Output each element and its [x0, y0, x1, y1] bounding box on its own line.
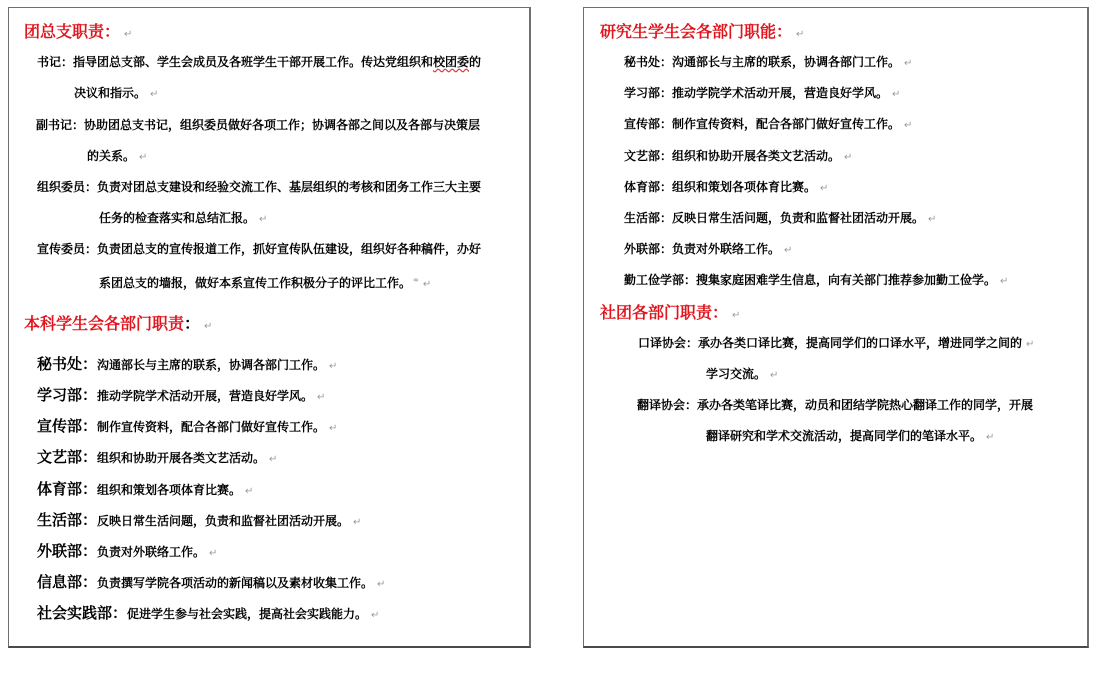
dept-secretariat: 秘书处：沟通部长与主席的联系，协调各部门工作。↵ [37, 356, 337, 375]
duty-deputy-secretary-cont: 的关系。↵ [87, 148, 147, 166]
club-text: 承办各类笔译比赛，动员和团结学院热心翻译工作的同学，开展 [697, 398, 1033, 412]
paragraph-mark-icon: ↵ [329, 361, 337, 372]
dept-label: 生活部： [37, 511, 97, 529]
paragraph-mark-icon: ↵ [150, 89, 158, 100]
paragraph-mark-icon: ↵ [928, 214, 936, 225]
duty-deputy-secretary: 副书记：协助团总支书记，组织委员做好各项工作；协调各部之间以及各部与决策层 [36, 117, 480, 133]
dept-text: 搜集家庭困难学生信息，向有关部门推荐参加勤工俭学。 [696, 273, 996, 287]
dept-label: 秘书处： [37, 355, 97, 373]
club-text: 学习交流。 [706, 367, 766, 381]
dept-text: 组织和协助开展各类文艺活动。 [97, 451, 265, 465]
duty-organization-member-cont: 任务的检查落实和总结汇报。↵ [99, 210, 267, 228]
dept-text: 反映日常生活问题，负责和监督社团活动开展。 [672, 211, 924, 225]
paragraph-mark-icon: ↵ [986, 432, 994, 443]
paragraph-mark-icon: ↵ [784, 245, 792, 256]
duty-label: 组织委员： [37, 180, 97, 194]
dept-text: 反映日常生活问题，负责和监督社团活动开展。 [97, 514, 349, 528]
duty-text: 负责对团总支建设和经验交流工作、基层组织的考核和团务工作三大主要 [97, 180, 481, 194]
duty-text: 系团总支的墙报，做好本系宣传工作积极分子的评比工作。 [99, 276, 411, 290]
duty-text: 的关系。 [87, 149, 135, 163]
paragraph-mark-icon: ↵ [204, 321, 212, 332]
dept-text: 组织和协助开展各类文艺活动。 [672, 149, 840, 163]
dept-label: 秘书处： [624, 55, 672, 69]
dept-label: 学习部： [37, 386, 97, 404]
paragraph-mark-icon: ↵ [844, 152, 852, 163]
duty-label: 书记： [37, 55, 73, 69]
dept-text: 制作宣传资料，配合各部门做好宣传工作。 [672, 117, 900, 131]
dept-label: 生活部： [624, 211, 672, 225]
grad-dept-study: 学习部：推动学院学术活动开展，营造良好学风。↵ [624, 85, 900, 103]
duty-label: 宣传委员： [37, 242, 97, 256]
club-text: 翻译研究和学术交流活动，提高同学们的笔译水平。 [706, 429, 982, 443]
duty-publicity-member-cont: 系团总支的墙报，做好本系宣传工作积极分子的评比工作。∞↵ [99, 272, 431, 293]
dept-label: 社会实践部： [37, 604, 127, 622]
paragraph-mark-icon: ↵ [1026, 339, 1034, 350]
paragraph-mark-icon: ↵ [259, 214, 267, 225]
dept-text: 组织和策划各项体育比赛。 [97, 483, 241, 497]
heading-text: 本科学生会各部门职责 [24, 314, 184, 333]
paragraph-mark-icon: ↵ [1000, 276, 1008, 287]
spellcheck-underlined-text: 校团委 [433, 55, 469, 69]
dept-text: 制作宣传资料，配合各部门做好宣传工作。 [97, 420, 325, 434]
right-document-page: 研究生学生会各部门职能：↵ 秘书处：沟通部长与主席的联系，协调各部门工作。↵ 学… [583, 7, 1089, 648]
dept-social-practice: 社会实践部：促进学生参与社会实践，提高社会实践能力。↵ [37, 605, 379, 624]
heading-youth-league-duties: 团总支职责：↵ [24, 22, 132, 45]
grad-dept-external: 外联部：负责对外联络工作。↵ [624, 241, 792, 259]
heading-text: 社团各部门职责： [600, 303, 728, 322]
grad-dept-sports: 体育部：组织和策划各项体育比赛。↵ [624, 179, 828, 197]
dept-life: 生活部：反映日常生活问题，负责和监督社团活动开展。↵ [37, 512, 361, 531]
dept-label: 体育部： [624, 180, 672, 194]
paragraph-mark-icon: ↵ [770, 370, 778, 381]
paragraph-mark-icon: ↵ [377, 579, 385, 590]
dept-text: 负责对外联络工作。 [672, 242, 780, 256]
dept-label: 文艺部： [37, 448, 97, 466]
anchor-mark-icon: ∞ [413, 276, 419, 284]
club-text: 承办各类口译比赛，提高同学们的口译水平，增进同学之间的 [698, 336, 1022, 350]
dept-text: 推动学院学术活动开展，营造良好学风。 [672, 86, 888, 100]
dept-label: 宣传部： [37, 417, 97, 435]
dept-label: 体育部： [37, 480, 97, 498]
heading-club-duties: 社团各部门职责：↵ [600, 303, 740, 326]
dept-arts: 文艺部：组织和协助开展各类文艺活动。↵ [37, 449, 277, 468]
grad-dept-life: 生活部：反映日常生活问题，负责和监督社团活动开展。↵ [624, 210, 936, 228]
heading-grad-union-functions: 研究生学生会各部门职能：↵ [600, 22, 804, 45]
dept-publicity: 宣传部：制作宣传资料，配合各部门做好宣传工作。↵ [37, 418, 337, 437]
club-interpretation-cont: 学习交流。↵ [706, 366, 778, 384]
dept-label: 信息部： [37, 573, 97, 591]
duty-secretary: 书记：指导团总支部、学生会成员及各班学生干部开展工作。传达党组织和校团委的 [37, 54, 481, 70]
duty-text: 任务的检查落实和总结汇报。 [99, 211, 255, 225]
dept-external: 外联部：负责对外联络工作。↵ [37, 543, 217, 562]
paragraph-mark-icon: ↵ [353, 517, 361, 528]
paragraph-mark-icon: ↵ [317, 392, 325, 403]
duty-text: 协助团总支书记，组织委员做好各项工作；协调各部之间以及各部与决策层 [84, 118, 480, 132]
dept-label: 学习部： [624, 86, 672, 100]
paragraph-mark-icon: ↵ [732, 310, 740, 321]
grad-dept-work-study: 勤工俭学部：搜集家庭困难学生信息，向有关部门推荐参加勤工俭学。↵ [624, 272, 1008, 290]
paragraph-mark-icon: ↵ [329, 423, 337, 434]
heading-text: 团总支职责： [24, 22, 120, 41]
paragraph-mark-icon: ↵ [796, 29, 804, 40]
duty-text: 指导团总支部、学生会成员及各班学生干部开展工作。传达党组织和 [73, 55, 433, 69]
paragraph-mark-icon: ↵ [245, 486, 253, 497]
dept-label: 文艺部： [624, 149, 672, 163]
dept-label: 宣传部： [624, 117, 672, 131]
dept-text: 负责对外联络工作。 [97, 545, 205, 559]
paragraph-mark-icon: ↵ [904, 58, 912, 69]
dept-study: 学习部：推动学院学术活动开展，营造良好学风。↵ [37, 387, 325, 406]
paragraph-mark-icon: ↵ [423, 279, 431, 290]
club-interpretation: 口译协会：承办各类口译比赛，提高同学们的口译水平，增进同学之间的↵ [638, 335, 1034, 353]
duty-text: 负责团总支的宣传报道工作，抓好宣传队伍建设，组织好各种稿件，办好 [97, 242, 481, 256]
left-document-page: 团总支职责：↵ 书记：指导团总支部、学生会成员及各班学生干部开展工作。传达党组织… [8, 7, 531, 648]
club-translation: 翻译协会：承办各类笔译比赛，动员和团结学院热心翻译工作的同学，开展 [637, 397, 1033, 413]
dept-text: 组织和策划各项体育比赛。 [672, 180, 816, 194]
duty-text: 的 [469, 55, 481, 69]
duty-label: 副书记： [36, 118, 84, 132]
duty-publicity-member: 宣传委员：负责团总支的宣传报道工作，抓好宣传队伍建设，组织好各种稿件，办好 [37, 241, 481, 257]
heading-text: 研究生学生会各部门职能： [600, 22, 792, 41]
duty-secretary-cont: 决议和指示。↵ [74, 85, 158, 103]
duty-text: 决议和指示。 [74, 86, 146, 100]
heading-undergrad-union-duties: 本科学生会各部门职责：↵ [24, 314, 212, 337]
club-translation-cont: 翻译研究和学术交流活动，提高同学们的笔译水平。↵ [706, 428, 994, 446]
dept-label: 外联部： [37, 542, 97, 560]
dept-information: 信息部：负责撰写学院各项活动的新闻稿以及素材收集工作。↵ [37, 574, 385, 593]
grad-dept-secretariat: 秘书处：沟通部长与主席的联系，协调各部门工作。↵ [624, 54, 912, 72]
dept-label: 外联部： [624, 242, 672, 256]
paragraph-mark-icon: ↵ [904, 120, 912, 131]
grad-dept-arts: 文艺部：组织和协助开展各类文艺活动。↵ [624, 148, 852, 166]
dept-text: 沟通部长与主席的联系，协调各部门工作。 [672, 55, 900, 69]
grad-dept-publicity: 宣传部：制作宣传资料，配合各部门做好宣传工作。↵ [624, 116, 912, 134]
dept-text: 促进学生参与社会实践，提高社会实践能力。 [127, 607, 367, 621]
dept-sports: 体育部：组织和策划各项体育比赛。↵ [37, 481, 253, 500]
paragraph-mark-icon: ↵ [124, 29, 132, 40]
paragraph-mark-icon: ↵ [209, 548, 217, 559]
dept-label: 勤工俭学部： [624, 273, 696, 287]
dept-text: 负责撰写学院各项活动的新闻稿以及素材收集工作。 [97, 576, 373, 590]
heading-colon: ： [184, 314, 200, 333]
club-label: 口译协会： [638, 336, 698, 350]
dept-text: 沟通部长与主席的联系，协调各部门工作。 [97, 358, 325, 372]
paragraph-mark-icon: ↵ [139, 152, 147, 163]
paragraph-mark-icon: ↵ [892, 89, 900, 100]
paragraph-mark-icon: ↵ [820, 183, 828, 194]
paragraph-mark-icon: ↵ [269, 454, 277, 465]
club-label: 翻译协会： [637, 398, 697, 412]
dept-text: 推动学院学术活动开展，营造良好学风。 [97, 389, 313, 403]
paragraph-mark-icon: ↵ [371, 610, 379, 621]
duty-organization-member: 组织委员：负责对团总支建设和经验交流工作、基层组织的考核和团务工作三大主要 [37, 179, 481, 195]
